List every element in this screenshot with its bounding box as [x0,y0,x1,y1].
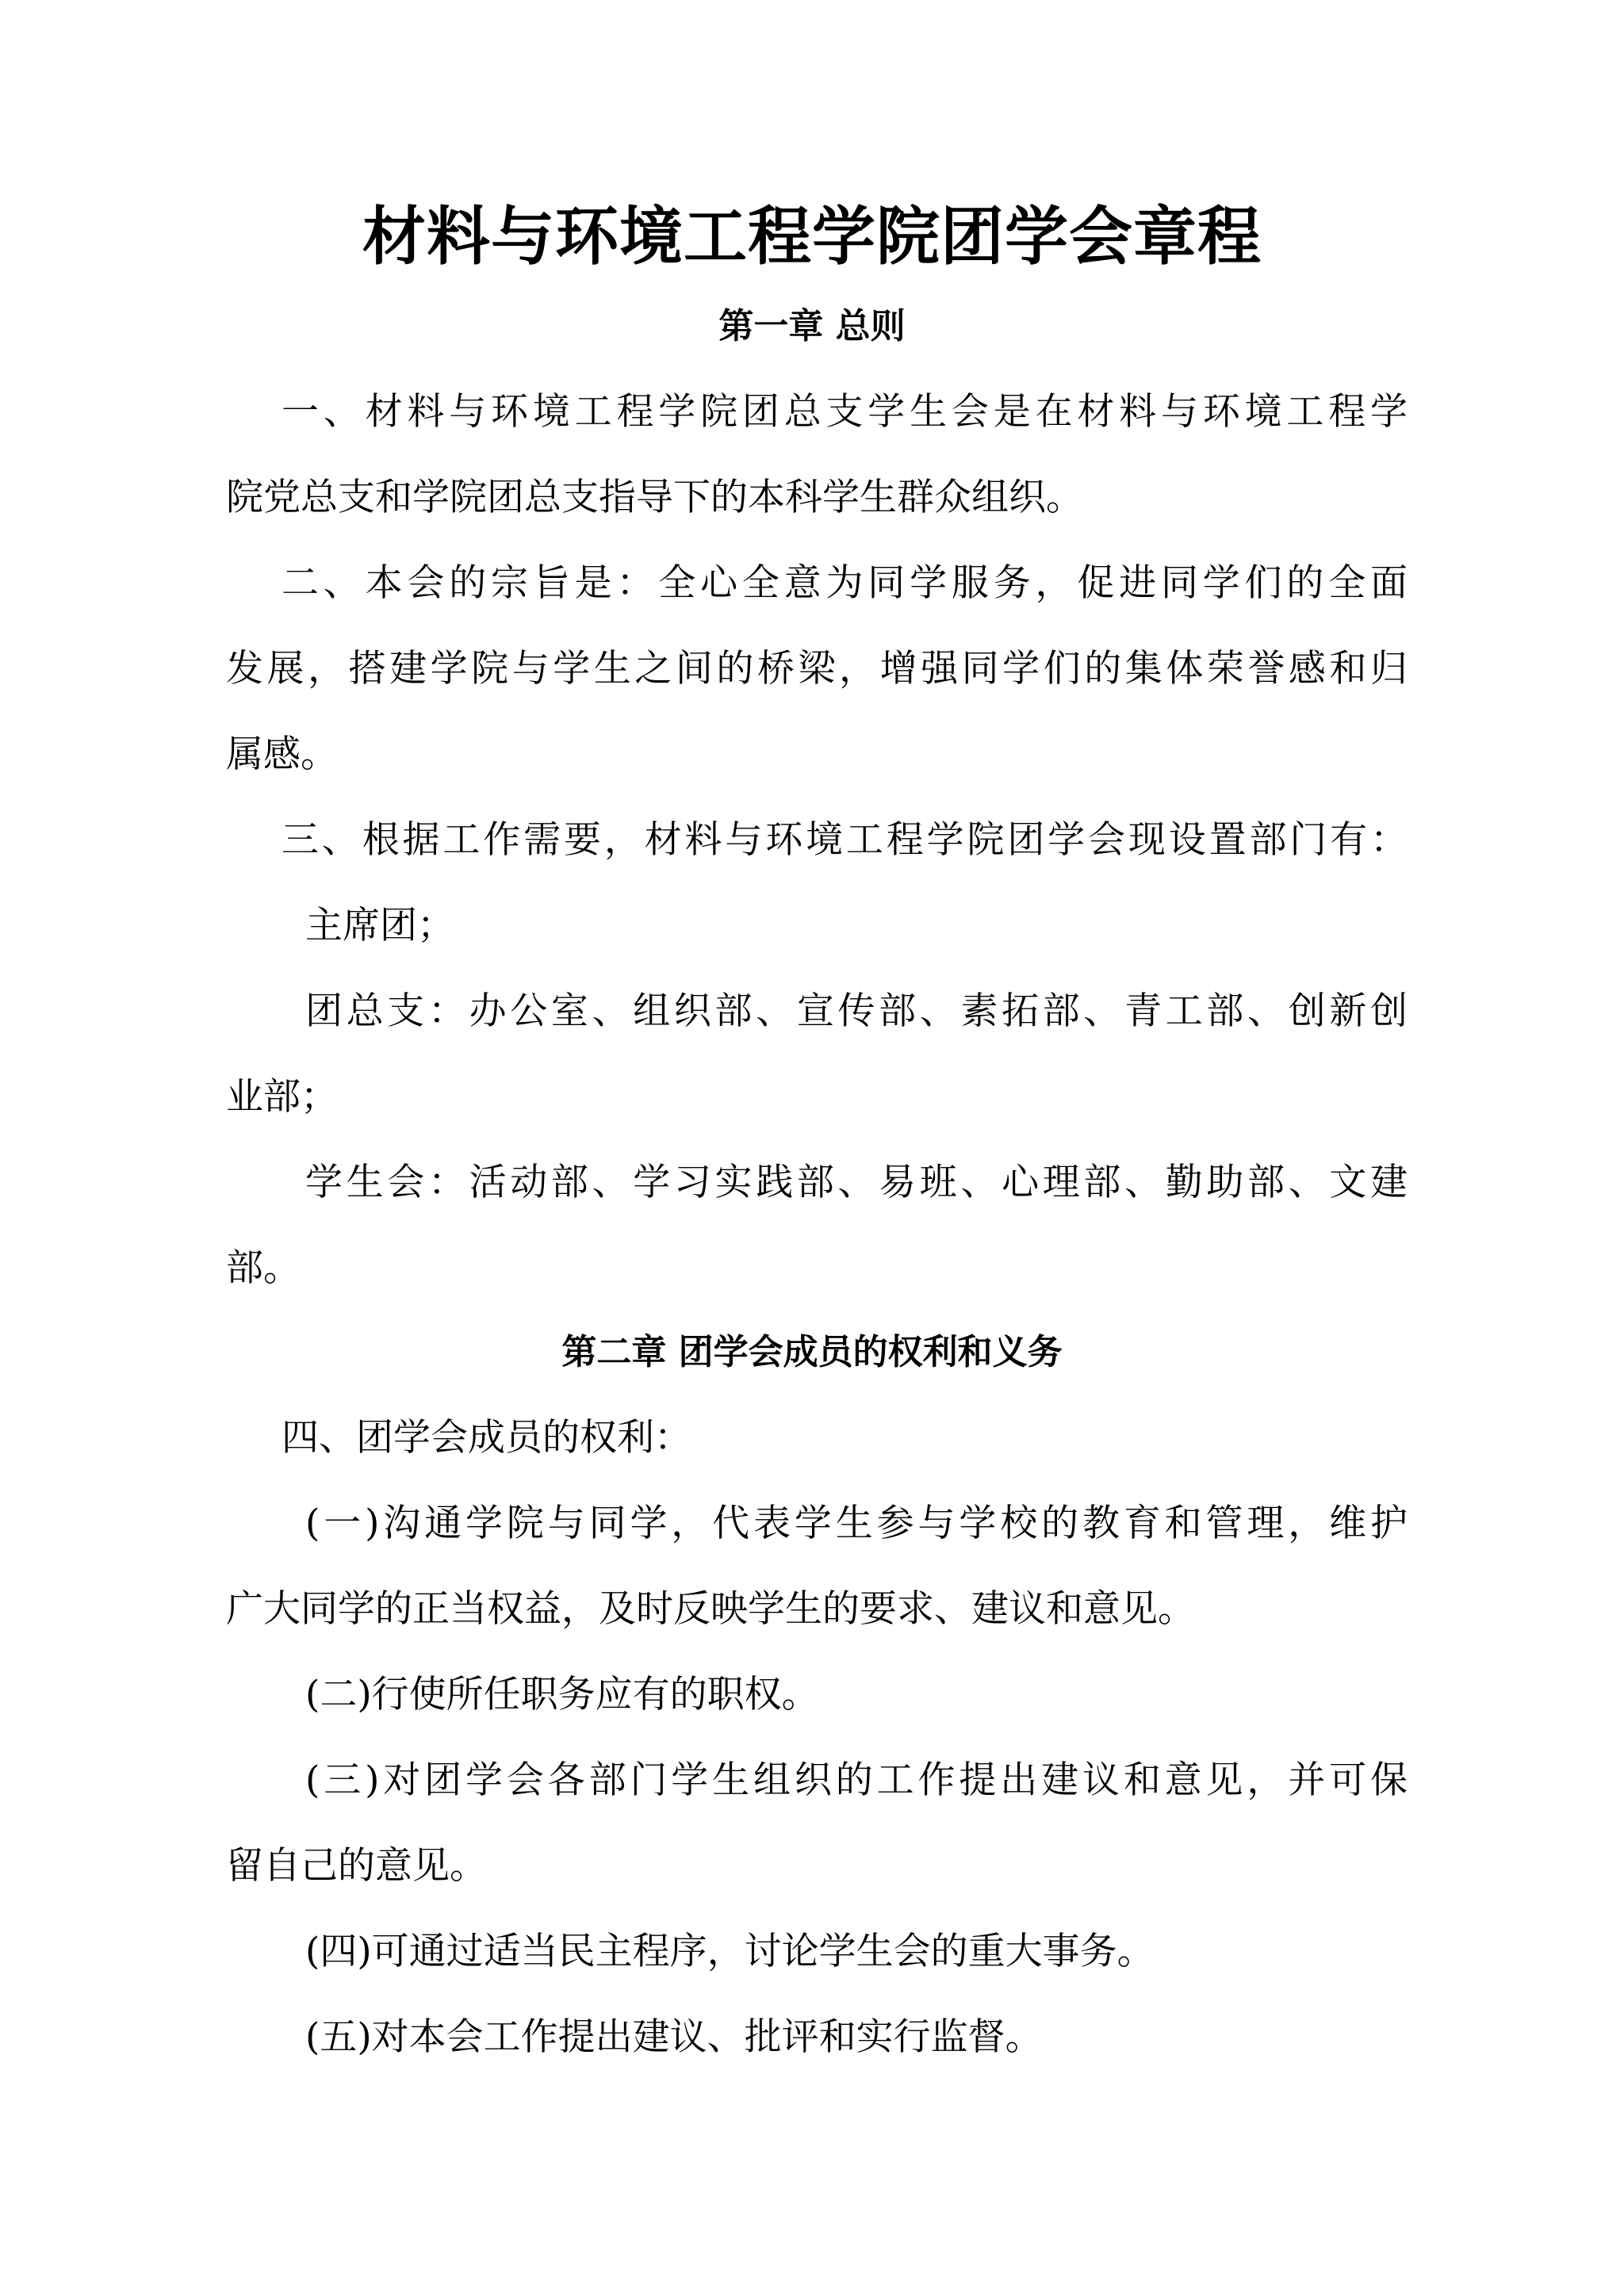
right-3-line-2: 留自己的意见。 [226,1843,487,1890]
chapter-1-heading: 第一章 总则 [0,303,1624,350]
right-3-line-1: (三)对团学会各部门学生组织的工作提出建议和意见，并可保 [305,1757,1408,1804]
department-league-branch-line-2: 业部； [226,1073,338,1121]
article-3-line-1: 三、根据工作需要，材料与环境工程学院团学会现设置部门有： [282,817,1408,864]
department-student-union-line-2: 部。 [226,1245,301,1292]
right-4: (四)可通过适当民主程序，讨论学生会的重大事务。 [305,1928,1155,1976]
right-1-line-1: (一)沟通学院与同学，代表学生参与学校的教育和管理，维护 [305,1500,1408,1548]
document-title: 材料与环境工程学院团学会章程 [0,197,1624,276]
article-4-heading: 四、团学会成员的权利： [282,1414,691,1462]
department-student-union-line-1: 学生会：活动部、学习实践部、易班、心理部、勤助部、文建 [305,1159,1408,1207]
department-league-branch-line-1: 团总支：办公室、组织部、宣传部、素拓部、青工部、创新创 [305,988,1408,1035]
right-5: (五)对本会工作提出建议、批评和实行监督。 [305,2014,1043,2061]
article-2-line-1: 二、本会的宗旨是：全心全意为同学服务，促进同学们的全面 [282,560,1408,607]
right-2: (二)行使所任职务应有的职权。 [305,1671,819,1719]
department-presidium: 主席团； [305,902,454,950]
article-1-line-2: 院党总支和学院团总支指导下的本科学生群众组织。 [226,474,1083,522]
article-1-line-1: 一、材料与环境工程学院团总支学生会是在材料与环境工程学 [282,388,1408,436]
article-2-line-3: 属感。 [226,731,338,779]
document-page: 材料与环境工程学院团学会章程 第一章 总则 一、材料与环境工程学院团总支学生会是… [0,0,1624,2296]
chapter-2-heading: 第二章 团学会成员的权利和义务 [0,1329,1624,1376]
article-2-line-2: 发展，搭建学院与学生之间的桥梁，增强同学们的集体荣誉感和归 [226,645,1408,693]
right-1-line-2: 广大同学的正当权益，及时反映学生的要求、建议和意见。 [226,1586,1195,1633]
